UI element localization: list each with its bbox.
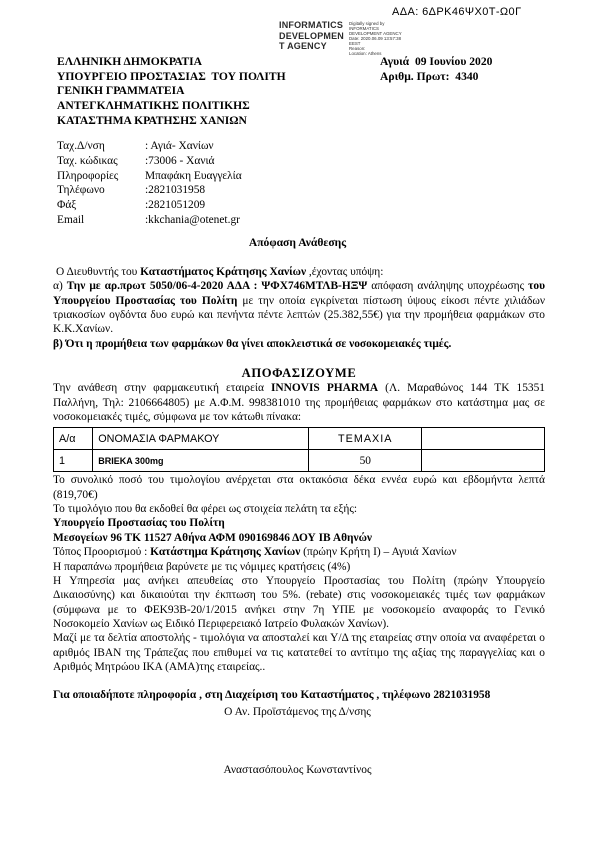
para-a-text: α)	[53, 280, 67, 292]
contact-value: Μπαφάκη Ευαγγελία	[145, 169, 242, 184]
contact-label: Φάξ	[57, 198, 145, 213]
contact-label: Email	[57, 213, 145, 228]
cell-index: 1	[54, 450, 93, 472]
contact-value: : Αγιά- Χανίων	[145, 139, 214, 154]
cell-drug-name: BRIEKA 300mg	[93, 450, 309, 472]
contact-value: :kkchania@otenet.gr	[145, 213, 240, 228]
destination-label: Τόπος Προορισμού :	[53, 546, 150, 558]
intro-text: Ο Διευθυντής του	[56, 266, 140, 278]
paragraph-invoice-intro: Το τιμολόγιο που θα εκδοθεί θα φέρει ως …	[53, 502, 545, 516]
para-c-text: Την ανάθεση στην φαρμακευτική εταιρεία	[53, 382, 271, 394]
paragraph-shipping: Μαζί με τα δελτία αποστολής - τιμολόγια …	[53, 631, 545, 674]
contact-value: :73006 - Χανιά	[145, 154, 215, 169]
contact-label: Ταχ. κώδικας	[57, 154, 145, 169]
customer-address-bold: Μεσογείων 96 ΤΚ 11527 Αθήνα ΑΦΜ 09016984…	[53, 531, 545, 545]
document-page: ΑΔΑ: 6ΔΡΚ46ΨΧ0Τ-Ω0Γ INFORMATICS DEVELOPM…	[0, 0, 595, 842]
intro-text: ,έχοντας υπόψη:	[306, 266, 383, 278]
contact-label: Ταχ.Δ/νση	[57, 139, 145, 154]
signature-role: Ο Αν. Προϊστάμενος της Δ/νσης	[0, 706, 595, 718]
letterhead: ΕΛΛΗΝΙΚΗ ΔΗΜΟΚΡΑΤΙΑ ΥΠΟΥΡΓΕΙΟ ΠΡΟΣΤΑΣΙΑΣ…	[57, 55, 286, 129]
decision-verdict-title: ΑΠΟΦΑΣΙΖΟΥΜΕ	[53, 366, 545, 380]
paragraph-b: β) Ότι η προμήθεια των φαρμάκων θα γίνει…	[53, 337, 545, 351]
intro-paragraph: Ο Διευθυντής του Καταστήματος Κράτησης Χ…	[53, 265, 545, 279]
document-body: Ο Διευθυντής του Καταστήματος Κράτησης Χ…	[53, 265, 545, 703]
paragraph-deductions: Η παραπάνω προμήθεια βαρύνετε με τις νόμ…	[53, 560, 545, 574]
header-cell-empty	[422, 428, 545, 450]
table-row: 1 BRIEKA 300mg 50	[54, 450, 545, 472]
signature-name: Αναστασόπουλος Κωνσταντίνος	[0, 764, 595, 776]
protocol-reference-bold: Την με αρ.πρωτ 5050/06-4-2020 ΑΔΑ : ΨΦΧ7…	[67, 280, 368, 292]
paragraph-a: α) Την με αρ.πρωτ 5050/06-4-2020 ΑΔΑ : Ψ…	[53, 279, 545, 336]
contact-row-email: Email :kkchania@otenet.gr	[57, 213, 242, 228]
facility-name-bold: Καταστήματος Κράτησης Χανίων	[140, 266, 306, 278]
paragraph-destination: Τόπος Προορισμού : Κατάστημα Κράτησης Χα…	[53, 545, 545, 559]
contact-label: Πληροφορίες	[57, 169, 145, 184]
company-name-bold: INNOVIS PHARMA	[271, 382, 378, 394]
contact-value: :2821051209	[145, 198, 205, 213]
info-phone-bold: Για οποιαδήποτε πληροφορία , στη Διαχείρ…	[53, 688, 545, 702]
customer-ministry-bold: Υπουργείο Προστασίας του Πολίτη	[53, 516, 545, 530]
contact-block: Ταχ.Δ/νση : Αγιά- Χανίων Ταχ. κώδικας :7…	[57, 139, 242, 228]
cell-empty	[422, 450, 545, 472]
para-a-text: απόφαση ανάληψης υποχρέωσης	[367, 280, 528, 292]
contact-row-phone: Τηλέφωνο :2821031958	[57, 183, 242, 198]
contact-value: :2821031958	[145, 183, 205, 198]
contact-row-address: Ταχ.Δ/νση : Αγιά- Χανίων	[57, 139, 242, 154]
header-cell-drug-name: ΟΝΟΜΑΣΙΑ ΦΑΡΜΑΚΟΥ	[93, 428, 309, 450]
cell-quantity: 50	[309, 450, 422, 472]
signature-agency-name: INFORMATICS DEVELOPMEN T AGENCY	[279, 20, 344, 56]
header-cell-quantity: ΤΕΜΑΧΙΑ	[309, 428, 422, 450]
paragraph-rebate: Η Υπηρεσία μας ανήκει απευθείας στο Υπου…	[53, 574, 545, 631]
paragraph-total: Το συνολικό ποσό του τιμολογίου ανέρχετα…	[53, 473, 545, 502]
contact-row-zip: Ταχ. κώδικας :73006 - Χανιά	[57, 154, 242, 169]
contact-label: Τηλέφωνο	[57, 183, 145, 198]
ada-code: ΑΔΑ: 6ΔΡΚ46ΨΧ0Τ-Ω0Γ	[392, 6, 522, 18]
table-header-row: Α/α ΟΝΟΜΑΣΙΑ ΦΑΡΜΑΚΟΥ ΤΕΜΑΧΙΑ	[54, 428, 545, 450]
destination-facility-bold: Κατάστημα Κράτησης Χανίων	[150, 546, 300, 558]
contact-row-fax: Φάξ :2821051209	[57, 198, 242, 213]
contact-row-info: Πληροφορίες Μπαφάκη Ευαγγελία	[57, 169, 242, 184]
signature-details: Digitally signed by INFORMATICS DEVELOPM…	[349, 20, 402, 56]
destination-suffix: (πρώην Κρήτη Ι) – Αγυιά Χανίων	[300, 546, 456, 558]
digital-signature-stamp: INFORMATICS DEVELOPMEN T AGENCY Digitall…	[279, 20, 402, 56]
header-cell-index: Α/α	[54, 428, 93, 450]
date-protocol-block: Αγυιά 09 Ιουνίου 2020 Αριθμ. Πρωτ: 4340	[380, 55, 492, 84]
paragraph-c: Την ανάθεση στην φαρμακευτική εταιρεία I…	[53, 381, 545, 424]
drug-order-table: Α/α ΟΝΟΜΑΣΙΑ ΦΑΡΜΑΚΟΥ ΤΕΜΑΧΙΑ 1 BRIEKA 3…	[53, 427, 545, 472]
decision-title: Απόφαση Ανάθεσης	[0, 236, 595, 249]
